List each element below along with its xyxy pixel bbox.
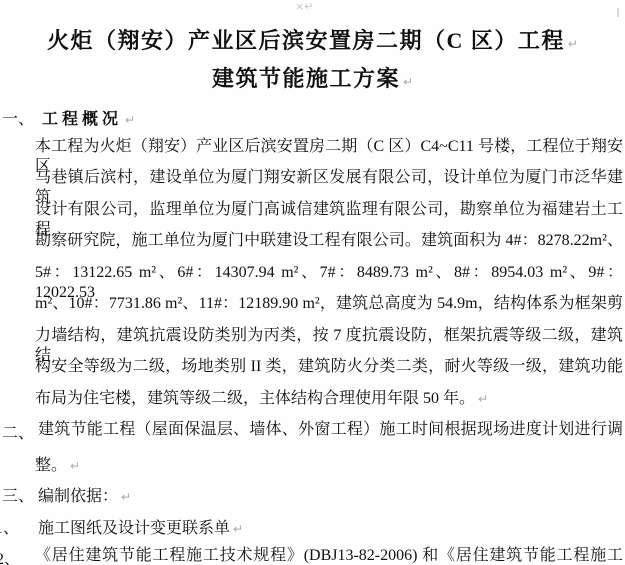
section-2-line2: 整。↵	[35, 452, 80, 475]
item-2-marker: 2、	[0, 546, 20, 565]
item-2-text: 《居住建筑节能工程施工技术规程》(DBJ13-82-2006) 和《居住建筑节能…	[35, 546, 623, 565]
section-2-line1: 建筑节能工程（屋面保温层、墙体、外窗工程）施工时间根据现场进度计划进行调	[38, 420, 623, 440]
section-1-heading-text: 工程概况	[42, 111, 122, 128]
document-title-line1: 火炬（翔安）产业区后滨安置房二期（C 区）工程↵	[0, 24, 625, 55]
section-2-marker: 二、	[2, 420, 34, 443]
top-paragraph-mark: ×↵	[295, 0, 313, 13]
title-text-2: 建筑节能施工方案	[212, 66, 400, 91]
section-3-marker: 三、	[2, 483, 34, 506]
pilcrow-icon: ↵	[121, 490, 131, 504]
section-2-line2-text: 整。	[35, 457, 67, 474]
pilcrow-icon: ↵	[403, 75, 413, 89]
pilcrow-icon: ↵	[233, 522, 243, 536]
body-line-text: 布局为住宅楼，建筑等级二级，主体结构合理使用年限 50 年。	[35, 390, 475, 407]
body-line-last: 布局为住宅楼，建筑等级二级，主体结构合理使用年限 50 年。↵	[35, 389, 623, 409]
item-1-text-row: 施工图纸及设计变更联系单↵	[38, 515, 243, 538]
document-title-line2: 建筑节能施工方案↵	[0, 62, 625, 93]
section-3-heading-text: 编制依据：	[38, 488, 118, 505]
section-1-marker: 一、	[2, 106, 34, 129]
body-line: m²、10#：7731.86 m²、11#：12189.90 m²，建筑总高度为…	[35, 294, 623, 314]
body-line: 构安全等级为二级，场地类别 II 类，建筑防火分类二类，耐火等级一级，建筑功能	[35, 357, 623, 377]
pilcrow-icon: ↵	[125, 113, 135, 127]
item-1-marker: 1、	[0, 515, 19, 538]
item-1-text: 施工图纸及设计变更联系单	[38, 520, 230, 537]
body-line: 勘察研究院，施工单位为厦门中联建设工程有限公司。建筑面积为 4#：8278.22…	[35, 231, 623, 251]
pilcrow-icon: ↵	[568, 37, 578, 51]
section-1-heading: 工程概况↵	[42, 106, 135, 129]
pilcrow-icon: ↵	[478, 392, 488, 406]
section-3-heading: 编制依据：↵	[38, 483, 131, 506]
corner-tick	[617, 8, 619, 17]
pilcrow-icon: ↵	[70, 459, 80, 473]
document-page: ×↵ 火炬（翔安）产业区后滨安置房二期（C 区）工程↵ 建筑节能施工方案↵ 一、…	[0, 0, 625, 565]
title-text-1: 火炬（翔安）产业区后滨安置房二期（C 区）工程	[47, 28, 565, 53]
